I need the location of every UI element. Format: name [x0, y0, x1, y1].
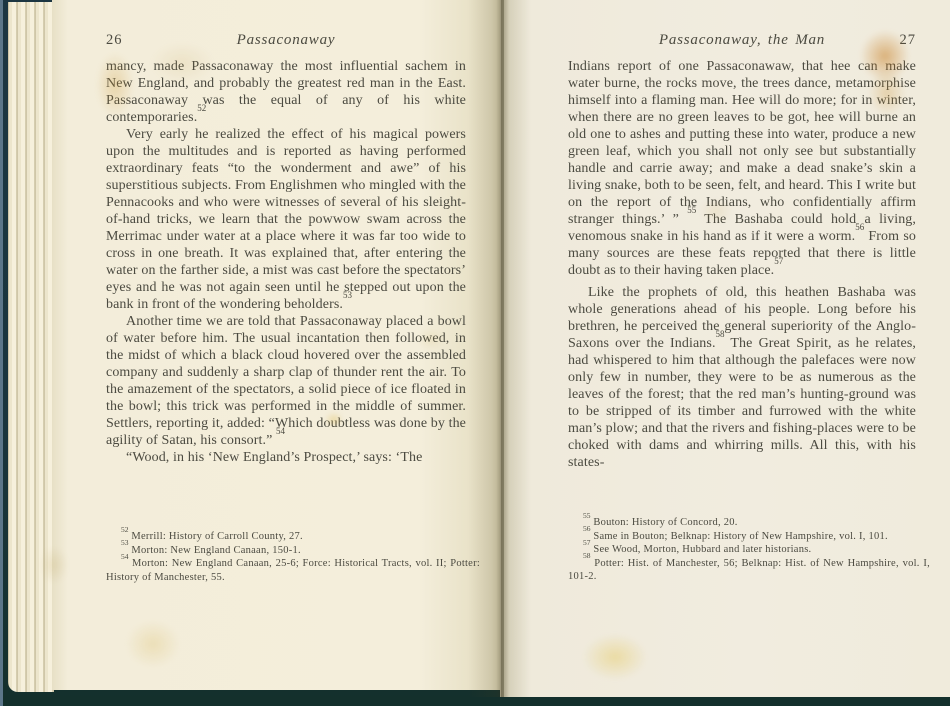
book-spine-edge [0, 0, 3, 706]
paragraph: mancy, made Passaconaway the most influe… [106, 58, 466, 126]
left-page-body-text: mancy, made Passaconaway the most influe… [106, 58, 466, 466]
paragraph: “Wood, in his ‘New England’s Prospect,’ … [106, 449, 466, 466]
right-page: Passaconaway, the Man 27 Indians report … [500, 0, 950, 697]
footnote-number: 55 [583, 511, 591, 520]
footnote-ref: 54 [276, 426, 285, 436]
footnote-number: 52 [121, 525, 129, 534]
footnote-ref: 53 [343, 290, 352, 300]
footnote: 52 Merrill: History of Carroll County, 2… [106, 530, 480, 544]
footnote-number: 53 [121, 538, 129, 547]
footnote: 56 Same in Bouton; Belknap: History of N… [568, 530, 930, 544]
paragraph: Indians report of one Passaconawaw, that… [568, 58, 916, 279]
footnote: 53 Morton: New England Canaan, 150-1. [106, 544, 480, 558]
footnote: 55 Bouton: History of Concord, 20. [568, 516, 930, 530]
footnote-number: 57 [583, 538, 591, 547]
book-scan: 26 Passaconaway mancy, made Passaconaway… [0, 0, 950, 706]
page-edge-stack [8, 2, 54, 692]
gutter-line [501, 0, 504, 697]
left-page-header: 26 Passaconaway [106, 32, 466, 49]
right-page-body-text: Indians report of one Passaconawaw, that… [568, 58, 916, 471]
footnote: 57 See Wood, Morton, Hubbard and later h… [568, 543, 930, 557]
page-number-left: 26 [106, 32, 140, 49]
paragraph: Like the prophets of old, this heathen B… [568, 284, 916, 471]
left-page: 26 Passaconaway mancy, made Passaconaway… [52, 0, 500, 690]
left-page-footnotes: 52 Merrill: History of Carroll County, 2… [106, 530, 480, 584]
running-head-right: Passaconaway, the Man [602, 32, 882, 49]
footnote-number: 54 [121, 552, 129, 561]
footnote: 58 Potter: Hist. of Manchester, 56; Belk… [568, 557, 930, 584]
running-head-left: Passaconaway [140, 32, 432, 49]
footnote-ref: 52 [197, 103, 206, 113]
footnote: 54 Morton: New England Canaan, 25-6; For… [106, 557, 480, 584]
footnote-number: 56 [583, 524, 591, 533]
footnote-ref: 55 [687, 205, 696, 215]
page-number-right: 27 [882, 32, 916, 49]
paragraph: Very early he realized the effect of his… [106, 126, 466, 313]
footnote-ref: 56 [855, 222, 864, 232]
paragraph: Another time we are told that Passaconaw… [106, 313, 466, 449]
right-page-header: Passaconaway, the Man 27 [568, 32, 916, 49]
footnote-number: 58 [583, 551, 591, 560]
footnote-ref: 57 [774, 256, 783, 266]
right-page-footnotes: 55 Bouton: History of Concord, 20.56 Sam… [568, 516, 930, 584]
footnote-ref: 58 [716, 329, 725, 339]
